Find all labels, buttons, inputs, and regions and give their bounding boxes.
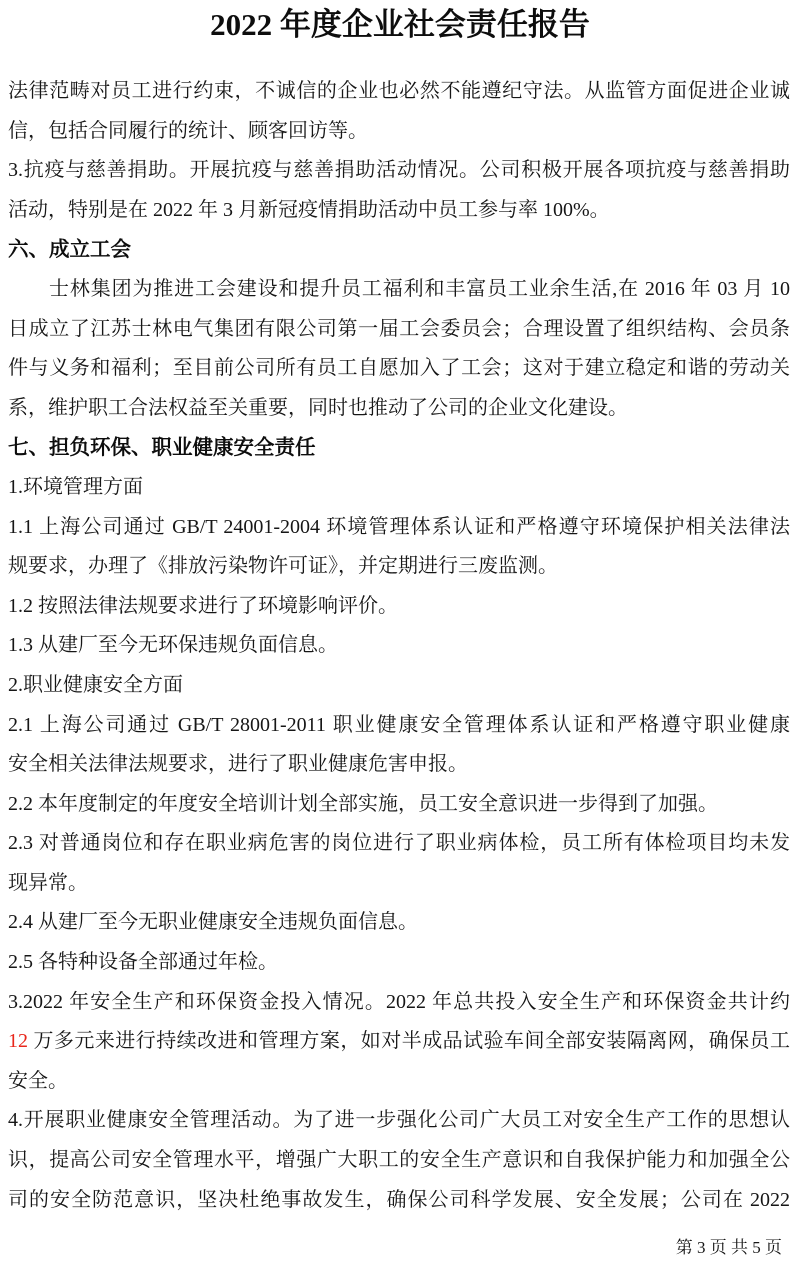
- text-segment: 3.2022 年安全生产和环保资金投入情况。2022 年总共投入安全生产和环保资…: [8, 991, 790, 1013]
- text-segment: 安全相关法律法规要求，进行了职业健康危害申报。: [8, 753, 468, 775]
- text-line: 现异常。: [8, 864, 790, 904]
- text-line: 识，提高公司安全管理水平，增强广大职工的安全生产意识和自我保护能力和加强全公: [8, 1141, 790, 1181]
- page-title: 2022 年度企业社会责任报告: [0, 2, 800, 48]
- text-line: 3.2022 年安全生产和环保资金投入情况。2022 年总共投入安全生产和环保资…: [8, 983, 790, 1023]
- text-segment: 日成立了江苏士林电气集团有限公司第一届工会委员会；合理设置了组织结构、会员条: [8, 318, 790, 340]
- text-segment: 件与义务和福利；至目前公司所有员工自愿加入了工会；这对于建立稳定和谐的劳动关: [8, 357, 790, 379]
- text-segment: 4.开展职业健康安全管理活动。为了进一步强化公司广大员工对安全生产工作的思想认: [8, 1109, 790, 1131]
- text-line: 士林集团为推进工会建设和提升员工福利和丰富员工业余生活,在 2016 年 03 …: [8, 270, 790, 310]
- text-line: 1.2 按照法律法规要求进行了环境影响评价。: [8, 587, 790, 627]
- text-segment: 3.抗疫与慈善捐助。开展抗疫与慈善捐助活动情况。公司积极开展各项抗疫与慈善捐助: [8, 159, 790, 181]
- text-line: 4.开展职业健康安全管理活动。为了进一步强化公司广大员工对安全生产工作的思想认: [8, 1101, 790, 1141]
- text-segment: 识，提高公司安全管理水平，增强广大职工的安全生产意识和自我保护能力和加强全公: [8, 1149, 790, 1171]
- text-segment: 1.环境管理方面: [8, 476, 143, 498]
- text-segment: 六、成立工会: [8, 238, 131, 261]
- text-line: 2.职业健康安全方面: [8, 666, 790, 706]
- text-segment: 2.1 上海公司通过 GB/T 28001-2011 职业健康安全管理体系认证和…: [8, 714, 790, 736]
- text-segment: 安全。: [8, 1070, 68, 1092]
- text-line: 日成立了江苏士林电气集团有限公司第一届工会委员会；合理设置了组织结构、会员条: [8, 310, 790, 350]
- text-segment: 司的安全防范意识，坚决杜绝事故发生，确保公司科学发展、安全发展；公司在 2022: [8, 1189, 790, 1211]
- text-segment: 活动，特别是在 2022 年 3 月新冠疫情捐助活动中员工参与率 100%。: [8, 199, 610, 221]
- text-line: 3.抗疫与慈善捐助。开展抗疫与慈善捐助活动情况。公司积极开展各项抗疫与慈善捐助: [8, 151, 790, 191]
- text-segment: 2.5 各特种设备全部通过年检。: [8, 951, 278, 973]
- text-line: 2.5 各特种设备全部通过年检。: [8, 943, 790, 983]
- text-line: 1.1 上海公司通过 GB/T 24001-2004 环境管理体系认证和严格遵守…: [8, 508, 790, 548]
- text-segment: 2.4 从建厂至今无职业健康安全违规负面信息。: [8, 911, 418, 933]
- text-line: 件与义务和福利；至目前公司所有员工自愿加入了工会；这对于建立稳定和谐的劳动关: [8, 349, 790, 389]
- text-segment: 1.2 按照法律法规要求进行了环境影响评价。: [8, 595, 398, 617]
- text-line: 安全相关法律法规要求，进行了职业健康危害申报。: [8, 745, 790, 785]
- text-line: 12 万多元来进行持续改进和管理方案，如对半成品试验车间全部安装隔离网，确保员工: [8, 1022, 790, 1062]
- text-segment: 万多元来进行持续改进和管理方案，如对半成品试验车间全部安装隔离网，确保员工: [28, 1030, 790, 1052]
- text-line: 司的安全防范意识，坚决杜绝事故发生，确保公司科学发展、安全发展；公司在 2022: [8, 1181, 790, 1221]
- text-segment: 规要求，办理了《排放污染物许可证》，并定期进行三废监测。: [8, 555, 558, 577]
- text-line: 2.4 从建厂至今无职业健康安全违规负面信息。: [8, 903, 790, 943]
- section-heading: 六、成立工会: [8, 230, 790, 270]
- document-page: 2022 年度企业社会责任报告 法律范畴对员工进行约束，不诚信的企业也必然不能遵…: [0, 0, 800, 1284]
- text-segment: 2.职业健康安全方面: [8, 674, 183, 696]
- text-line: 规要求，办理了《排放污染物许可证》，并定期进行三废监测。: [8, 547, 790, 587]
- text-line: 安全。: [8, 1062, 790, 1102]
- text-segment: 七、担负环保、职业健康安全责任: [8, 436, 316, 459]
- text-segment: 士林集团为推进工会建设和提升员工福利和丰富员工业余生活,在 2016 年 03 …: [49, 278, 790, 300]
- text-line: 2.3 对普通岗位和存在职业病危害的岗位进行了职业病体检，员工所有体检项目均未发: [8, 824, 790, 864]
- text-line: 1.3 从建厂至今无环保违规负面信息。: [8, 626, 790, 666]
- text-segment: 1.3 从建厂至今无环保违规负面信息。: [8, 634, 338, 656]
- text-line: 信，包括合同履行的统计、顾客回访等。: [8, 112, 790, 152]
- section-heading: 七、担负环保、职业健康安全责任: [8, 428, 790, 468]
- text-segment: 2.3 对普通岗位和存在职业病危害的岗位进行了职业病体检，员工所有体检项目均未发: [8, 832, 790, 854]
- text-segment: 法律范畴对员工进行约束，不诚信的企业也必然不能遵纪守法。从监管方面促进企业诚: [8, 80, 790, 102]
- page-number: 第 3 页 共 5 页: [676, 1236, 782, 1260]
- text-line: 活动，特别是在 2022 年 3 月新冠疫情捐助活动中员工参与率 100%。: [8, 191, 790, 231]
- text-line: 2.1 上海公司通过 GB/T 28001-2011 职业健康安全管理体系认证和…: [8, 706, 790, 746]
- text-line: 1.环境管理方面: [8, 468, 790, 508]
- text-line: 系，维护职工合法权益至关重要，同时也推动了公司的企业文化建设。: [8, 389, 790, 429]
- document-body: 法律范畴对员工进行约束，不诚信的企业也必然不能遵纪守法。从监管方面促进企业诚信，…: [8, 72, 790, 1220]
- text-segment: 系，维护职工合法权益至关重要，同时也推动了公司的企业文化建设。: [8, 397, 628, 419]
- text-segment: 1.1 上海公司通过 GB/T 24001-2004 环境管理体系认证和严格遵守…: [8, 516, 790, 538]
- text-segment: 2.2 本年度制定的年度安全培训计划全部实施，员工安全意识进一步得到了加强。: [8, 793, 718, 815]
- text-segment: 现异常。: [8, 872, 88, 894]
- text-segment: 信，包括合同履行的统计、顾客回访等。: [8, 120, 368, 142]
- text-line: 2.2 本年度制定的年度安全培训计划全部实施，员工安全意识进一步得到了加强。: [8, 785, 790, 825]
- red-highlight-value: 12: [8, 1030, 28, 1052]
- text-line: 法律范畴对员工进行约束，不诚信的企业也必然不能遵纪守法。从监管方面促进企业诚: [8, 72, 790, 112]
